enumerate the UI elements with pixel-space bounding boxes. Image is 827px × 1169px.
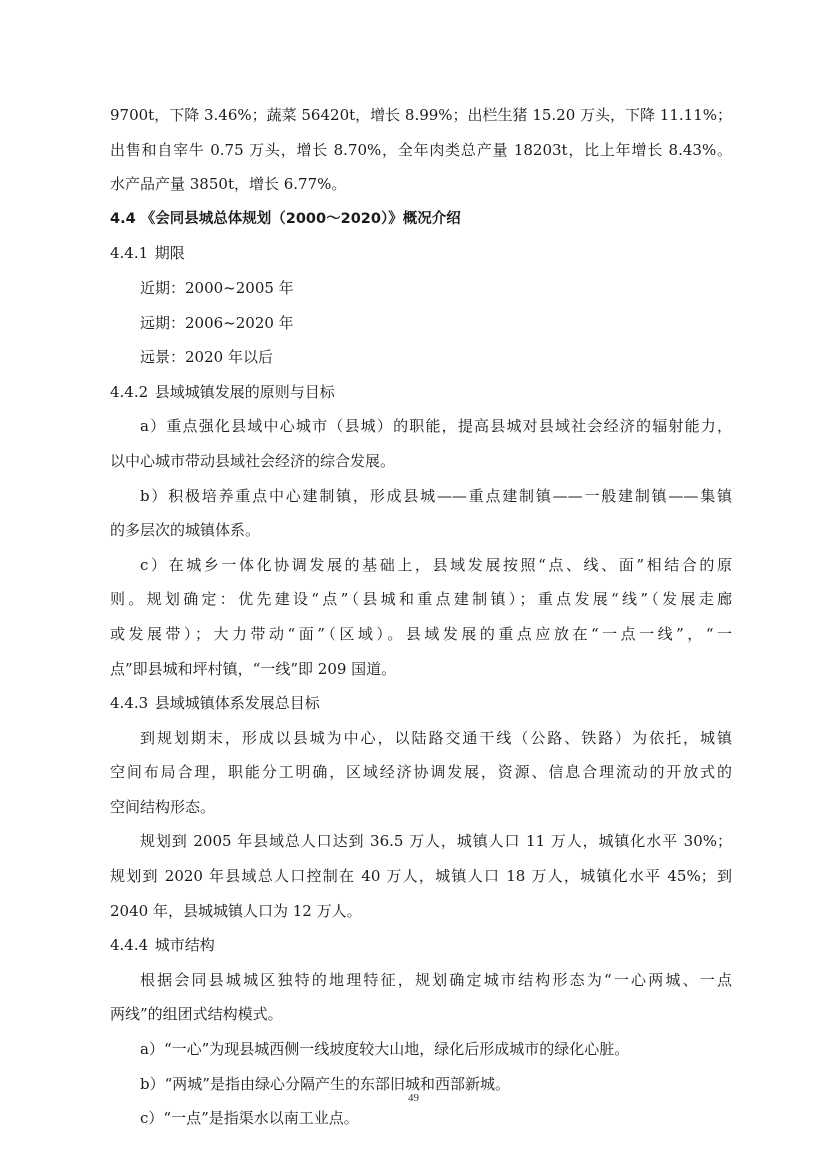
paragraph-line: 根据会同县城城区独特的地理特征，规划确定城市结构形态为“一心两城、一点	[110, 963, 732, 998]
paragraph-line: 规划到 2020 年县域总人口控制在 40 万人，城镇人口 18 万人，城镇化水…	[110, 859, 732, 894]
structure-item: a）“一心”为现县城西侧一线坡度较大山地，绿化后形成城市的绿化心脏。	[110, 1032, 732, 1067]
body-text-line: 水产品产量 3850t，增长 6.77%。	[110, 167, 732, 202]
paragraph-c-line: 点”即县城和坪村镇，“一线”即 209 国道。	[110, 652, 732, 687]
paragraph-b-line: b）积极培养重点中心建制镇，形成县城——重点建制镇——一般建制镇——集镇	[110, 479, 732, 514]
section-number: 4.4.1	[110, 236, 150, 271]
paragraph-b-line: 的多层次的城镇体系。	[110, 513, 732, 548]
section-title: 城市结构	[155, 936, 215, 954]
section-heading-4-4-2: 4.4.2 县域城镇发展的原则与目标	[110, 375, 732, 410]
paragraph-line: 规划到 2005 年县域总人口达到 36.5 万人，城镇人口 11 万人，城镇化…	[110, 824, 732, 859]
term-item: 近期：2000~2005 年	[110, 271, 732, 306]
body-text-line: 出售和自宰牛 0.75 万头，增长 8.70%，全年肉类总产量 18203t，比…	[110, 133, 732, 168]
paragraph-line: 两线”的组团式结构模式。	[110, 997, 732, 1032]
section-title: 县域城镇体系发展总目标	[155, 694, 320, 712]
section-number: 4.4.2	[110, 375, 150, 410]
structure-item: c）“一点”是指渠水以南工业点。	[110, 1101, 732, 1136]
section-number: 4.4.3	[110, 686, 150, 721]
section-title: 县域城镇发展的原则与目标	[155, 383, 335, 401]
paragraph-c-line: c）在城乡一体化协调发展的基础上，县域发展按照“点、线、面”相结合的原	[110, 548, 732, 583]
section-heading-4-4-1: 4.4.1 期限	[110, 236, 732, 271]
paragraph-line: 到规划期末，形成以县城为中心，以陆路交通干线（公路、铁路）为依托，城镇	[110, 721, 732, 756]
paragraph-c-line: 或发展带）；大力带动“面”（区域）。县域发展的重点应放在“一点一线”，“一	[110, 617, 732, 652]
section-title: 期限	[155, 244, 185, 262]
section-number: 4.4.4	[110, 928, 150, 963]
body-text-line: 9700t，下降 3.46%；蔬菜 56420t，增长 8.99%；出栏生猪 1…	[110, 98, 732, 133]
term-item: 远期：2006~2020 年	[110, 306, 732, 341]
section-heading-4-4-3: 4.4.3 县域城镇体系发展总目标	[110, 686, 732, 721]
section-heading-4-4: 4.4 《会同县城总体规划（2000～2020）》概况介绍	[110, 202, 732, 237]
paragraph-c-line: 则。规划确定：优先建设“点”（县城和重点建制镇）；重点发展“线”（发展走廊	[110, 582, 732, 617]
paragraph-a-line: 以中心城市带动县域社会经济的综合发展。	[110, 444, 732, 479]
section-number: 4.4	[110, 211, 136, 227]
paragraph-line: 空间布局合理，职能分工明确，区域经济协调发展，资源、信息合理流动的开放式的	[110, 755, 732, 790]
paragraph-line: 2040 年，县城城镇人口为 12 万人。	[110, 894, 732, 929]
document-page: 9700t，下降 3.46%；蔬菜 56420t，增长 8.99%；出栏生猪 1…	[110, 98, 732, 1136]
paragraph-line: 空间结构形态。	[110, 790, 732, 825]
page-number: 49	[0, 1092, 827, 1104]
paragraph-a-line: a）重点强化县域中心城市（县城）的职能，提高县城对县域社会经济的辐射能力，	[110, 409, 732, 444]
term-item: 远景：2020 年以后	[110, 340, 732, 375]
section-title: 《会同县城总体规划（2000～2020）》概况介绍	[141, 211, 461, 227]
section-heading-4-4-4: 4.4.4 城市结构	[110, 928, 732, 963]
